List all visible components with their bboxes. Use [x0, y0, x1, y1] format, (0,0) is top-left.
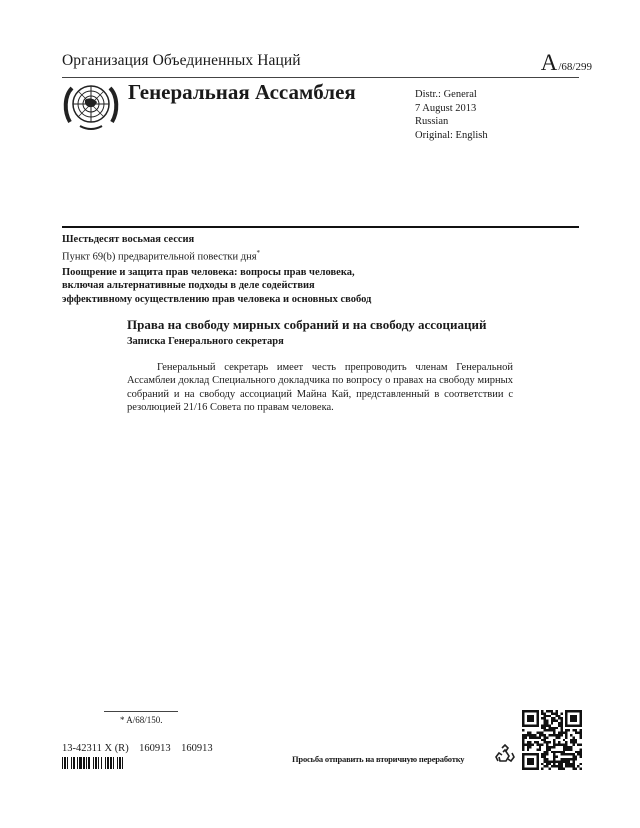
assembly-title: Генеральная Ассамблея [128, 80, 356, 105]
note-subtitle: Записка Генерального секретаря [127, 336, 284, 347]
recycle-text: Просьба отправить на вторичную переработ… [292, 754, 464, 764]
footnote-rule [104, 711, 178, 712]
note-title: Права на свободу мирных собраний и на св… [127, 317, 486, 333]
distribution: Distr.: General [415, 88, 488, 102]
footnote-marker: * [257, 249, 261, 257]
original-language: Original: English [415, 129, 488, 143]
distribution-block: Distr.: General 7 August 2013 Russian Or… [415, 88, 488, 142]
section-rule [62, 226, 579, 228]
organization-name: Организация Объединенных Наций [62, 52, 301, 70]
agenda-item-text: Пункт 69(b) предварительной повестки дня [62, 251, 257, 262]
agenda-block: Шестьдесят восьмая сессия Пункт 69(b) пр… [62, 233, 482, 306]
note-body: Генеральный секретарь имеет честь препро… [127, 361, 513, 415]
document-number: 13-42311 X (R) 160913 160913 [62, 743, 213, 754]
agenda-item: Пункт 69(b) предварительной повестки дня… [62, 247, 482, 264]
un-emblem-icon [62, 80, 120, 132]
agenda-topic-line: включая альтернативные подходы в деле со… [62, 279, 482, 293]
header-rule [62, 77, 579, 78]
session-label: Шестьдесят восьмая сессия [62, 233, 482, 247]
barcode [62, 757, 172, 769]
agenda-topic-line: Поощрение и защита прав человека: вопрос… [62, 266, 482, 280]
symbol-suffix: /68/299 [558, 61, 592, 73]
document-date: 7 August 2013 [415, 102, 488, 116]
footnote-text: * A/68/150. [120, 715, 163, 725]
document-language: Russian [415, 115, 488, 129]
document-symbol: A/68/299 [541, 50, 592, 76]
agenda-topic-line: эффективному осуществлению прав человека… [62, 293, 482, 307]
recycle-icon [494, 744, 516, 766]
qr-code-icon [522, 710, 582, 770]
symbol-prefix: A [541, 50, 558, 75]
